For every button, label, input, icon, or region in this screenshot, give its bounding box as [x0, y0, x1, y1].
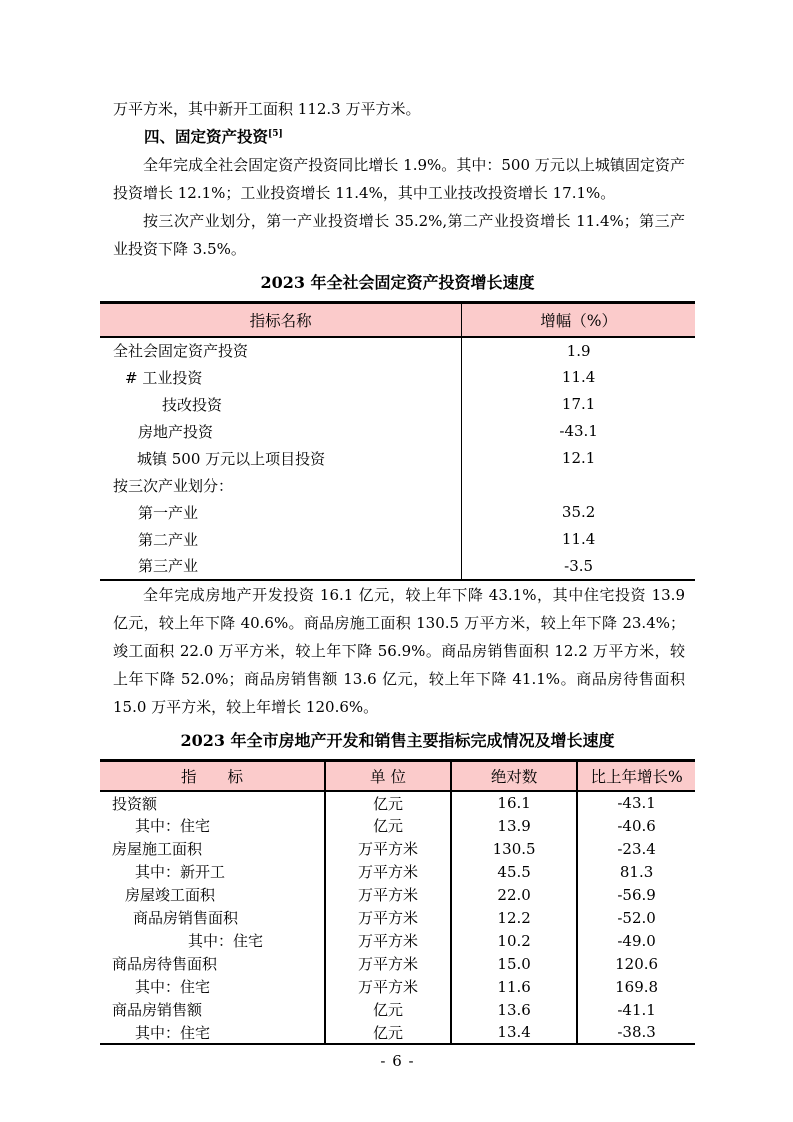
- indicator-name: 其中：住宅: [100, 975, 325, 998]
- unit-value: 万平方米: [325, 860, 451, 883]
- indicator-name: # 工业投资: [100, 364, 462, 391]
- growth-value: -49.0: [577, 929, 695, 952]
- paragraph-investment-growth: 全年完成全社会固定资产投资同比增长 1.9%。其中：500 万元以上城镇固定资产…: [113, 151, 685, 207]
- table-row: 商品房销售面积万平方米12.2-52.0: [100, 906, 695, 929]
- growth-value: -56.9: [577, 883, 695, 906]
- table2-column-header-growth: 比上年增长%: [577, 760, 695, 791]
- growth-value: 35.2: [462, 499, 695, 526]
- unit-value: 万平方米: [325, 975, 451, 998]
- table2-column-header-unit: 单 位: [325, 760, 451, 791]
- absolute-value: 11.6: [451, 975, 577, 998]
- table1-header-row: 指标名称 增幅（%）: [100, 303, 695, 337]
- growth-value: 11.4: [462, 364, 695, 391]
- indicator-name: 商品房销售面积: [100, 906, 325, 929]
- unit-value: 万平方米: [325, 929, 451, 952]
- unit-value: 万平方米: [325, 837, 451, 860]
- table-row: 商品房待售面积万平方米15.0120.6: [100, 952, 695, 975]
- table2-column-header-indicator: 指 标: [100, 760, 325, 791]
- absolute-value: 13.9: [451, 814, 577, 837]
- unit-value: 万平方米: [325, 883, 451, 906]
- table-row: 其中：住宅万平方米10.2-49.0: [100, 929, 695, 952]
- indicator-name: 第三产业: [100, 553, 462, 580]
- indicator-name: 城镇 500 万元以上项目投资: [100, 445, 462, 472]
- table-row: 投资额亿元16.1-43.1: [100, 791, 695, 814]
- paragraph-real-estate: 全年完成房地产开发投资 16.1 亿元，较上年下降 43.1%，其中住宅投资 1…: [113, 581, 685, 721]
- absolute-value: 16.1: [451, 791, 577, 814]
- table2-title: 2023 年全市房地产开发和销售主要指标完成情况及增长速度: [100, 731, 695, 751]
- indicator-name: 其中：住宅: [100, 929, 325, 952]
- absolute-value: 10.2: [451, 929, 577, 952]
- paragraph-continuation: 万平方米，其中新开工面积 112.3 万平方米。: [113, 95, 685, 123]
- table1-column-header-indicator: 指标名称: [100, 303, 462, 337]
- growth-value: 1.9: [462, 337, 695, 364]
- indicator-name: 第二产业: [100, 526, 462, 553]
- growth-value: 12.1: [462, 445, 695, 472]
- page-number: - 6 -: [100, 1052, 695, 1070]
- growth-value: -43.1: [462, 418, 695, 445]
- growth-value: -40.6: [577, 814, 695, 837]
- table-row: 房地产投资-43.1: [100, 418, 695, 445]
- unit-value: 亿元: [325, 1021, 451, 1044]
- absolute-value: 45.5: [451, 860, 577, 883]
- indicator-name: 房地产投资: [100, 418, 462, 445]
- indicator-name: 商品房待售面积: [100, 952, 325, 975]
- document-page: 万平方米，其中新开工面积 112.3 万平方米。 四、固定资产投资[5] 全年完…: [0, 0, 793, 1122]
- table-row: 其中：新开工万平方米45.581.3: [100, 860, 695, 883]
- absolute-value: 130.5: [451, 837, 577, 860]
- growth-value: 120.6: [577, 952, 695, 975]
- absolute-value: 13.6: [451, 998, 577, 1021]
- indicator-name: 技改投资: [100, 391, 462, 418]
- indicator-name: 第一产业: [100, 499, 462, 526]
- absolute-value: 15.0: [451, 952, 577, 975]
- table-row: 第一产业35.2: [100, 499, 695, 526]
- absolute-value: 22.0: [451, 883, 577, 906]
- table-row: 房屋施工面积万平方米130.5-23.4: [100, 837, 695, 860]
- indicator-name: 商品房销售额: [100, 998, 325, 1021]
- growth-value: 17.1: [462, 391, 695, 418]
- table-row: 商品房销售额亿元13.6-41.1: [100, 998, 695, 1021]
- table-row: 其中：住宅亿元13.4-38.3: [100, 1021, 695, 1044]
- table-row: 全社会固定资产投资1.9: [100, 337, 695, 364]
- growth-value: -23.4: [577, 837, 695, 860]
- indicator-name: 全社会固定资产投资: [100, 337, 462, 364]
- section-heading-text: 四、固定资产投资: [144, 127, 268, 146]
- table-row: 城镇 500 万元以上项目投资12.1: [100, 445, 695, 472]
- unit-value: 万平方米: [325, 906, 451, 929]
- indicator-name: 按三次产业划分：: [100, 472, 462, 499]
- indicator-name: 其中：新开工: [100, 860, 325, 883]
- indicator-name: 其中：住宅: [100, 814, 325, 837]
- unit-value: 亿元: [325, 998, 451, 1021]
- table-row: 房屋竣工面积万平方米22.0-56.9: [100, 883, 695, 906]
- growth-value: -41.1: [577, 998, 695, 1021]
- page-content: 万平方米，其中新开工面积 112.3 万平方米。 四、固定资产投资[5] 全年完…: [0, 0, 793, 1070]
- indicator-name: 投资额: [100, 791, 325, 814]
- table-row: 其中：住宅万平方米11.6169.8: [100, 975, 695, 998]
- table1-body: 全社会固定资产投资1.9# 工业投资11.4技改投资17.1房地产投资-43.1…: [100, 337, 695, 580]
- table2-body: 投资额亿元16.1-43.1其中：住宅亿元13.9-40.6房屋施工面积万平方米…: [100, 791, 695, 1044]
- table-row: 按三次产业划分：: [100, 472, 695, 499]
- paragraph-industry-breakdown: 按三次产业划分，第一产业投资增长 35.2%,第二产业投资增长 11.4%；第三…: [113, 207, 685, 263]
- table1-column-header-growth: 增幅（%）: [462, 303, 695, 337]
- unit-value: 亿元: [325, 791, 451, 814]
- table-row: 第三产业-3.5: [100, 553, 695, 580]
- growth-value: -52.0: [577, 906, 695, 929]
- table-row: 其中：住宅亿元13.9-40.6: [100, 814, 695, 837]
- table1-title: 2023 年全社会固定资产投资增长速度: [100, 273, 695, 293]
- indicator-name: 其中：住宅: [100, 1021, 325, 1044]
- table-row: # 工业投资11.4: [100, 364, 695, 391]
- growth-value: -3.5: [462, 553, 695, 580]
- table-row: 技改投资17.1: [100, 391, 695, 418]
- growth-value: 81.3: [577, 860, 695, 883]
- unit-value: 亿元: [325, 814, 451, 837]
- absolute-value: 12.2: [451, 906, 577, 929]
- growth-value: -38.3: [577, 1021, 695, 1044]
- fixed-asset-investment-table: 指标名称 增幅（%） 全社会固定资产投资1.9# 工业投资11.4技改投资17.…: [100, 301, 695, 581]
- table2-column-header-absolute: 绝对数: [451, 760, 577, 791]
- indicator-name: 房屋竣工面积: [100, 883, 325, 906]
- real-estate-indicators-table: 指 标 单 位 绝对数 比上年增长% 投资额亿元16.1-43.1其中：住宅亿元…: [100, 759, 695, 1046]
- growth-value: 11.4: [462, 526, 695, 553]
- growth-value: [462, 472, 695, 499]
- growth-value: 169.8: [577, 975, 695, 998]
- growth-value: -43.1: [577, 791, 695, 814]
- table-row: 第二产业11.4: [100, 526, 695, 553]
- section-heading: 四、固定资产投资[5]: [113, 123, 695, 151]
- indicator-name: 房屋施工面积: [100, 837, 325, 860]
- unit-value: 万平方米: [325, 952, 451, 975]
- table2-header-row: 指 标 单 位 绝对数 比上年增长%: [100, 760, 695, 791]
- absolute-value: 13.4: [451, 1021, 577, 1044]
- footnote-reference: [5]: [268, 129, 283, 139]
